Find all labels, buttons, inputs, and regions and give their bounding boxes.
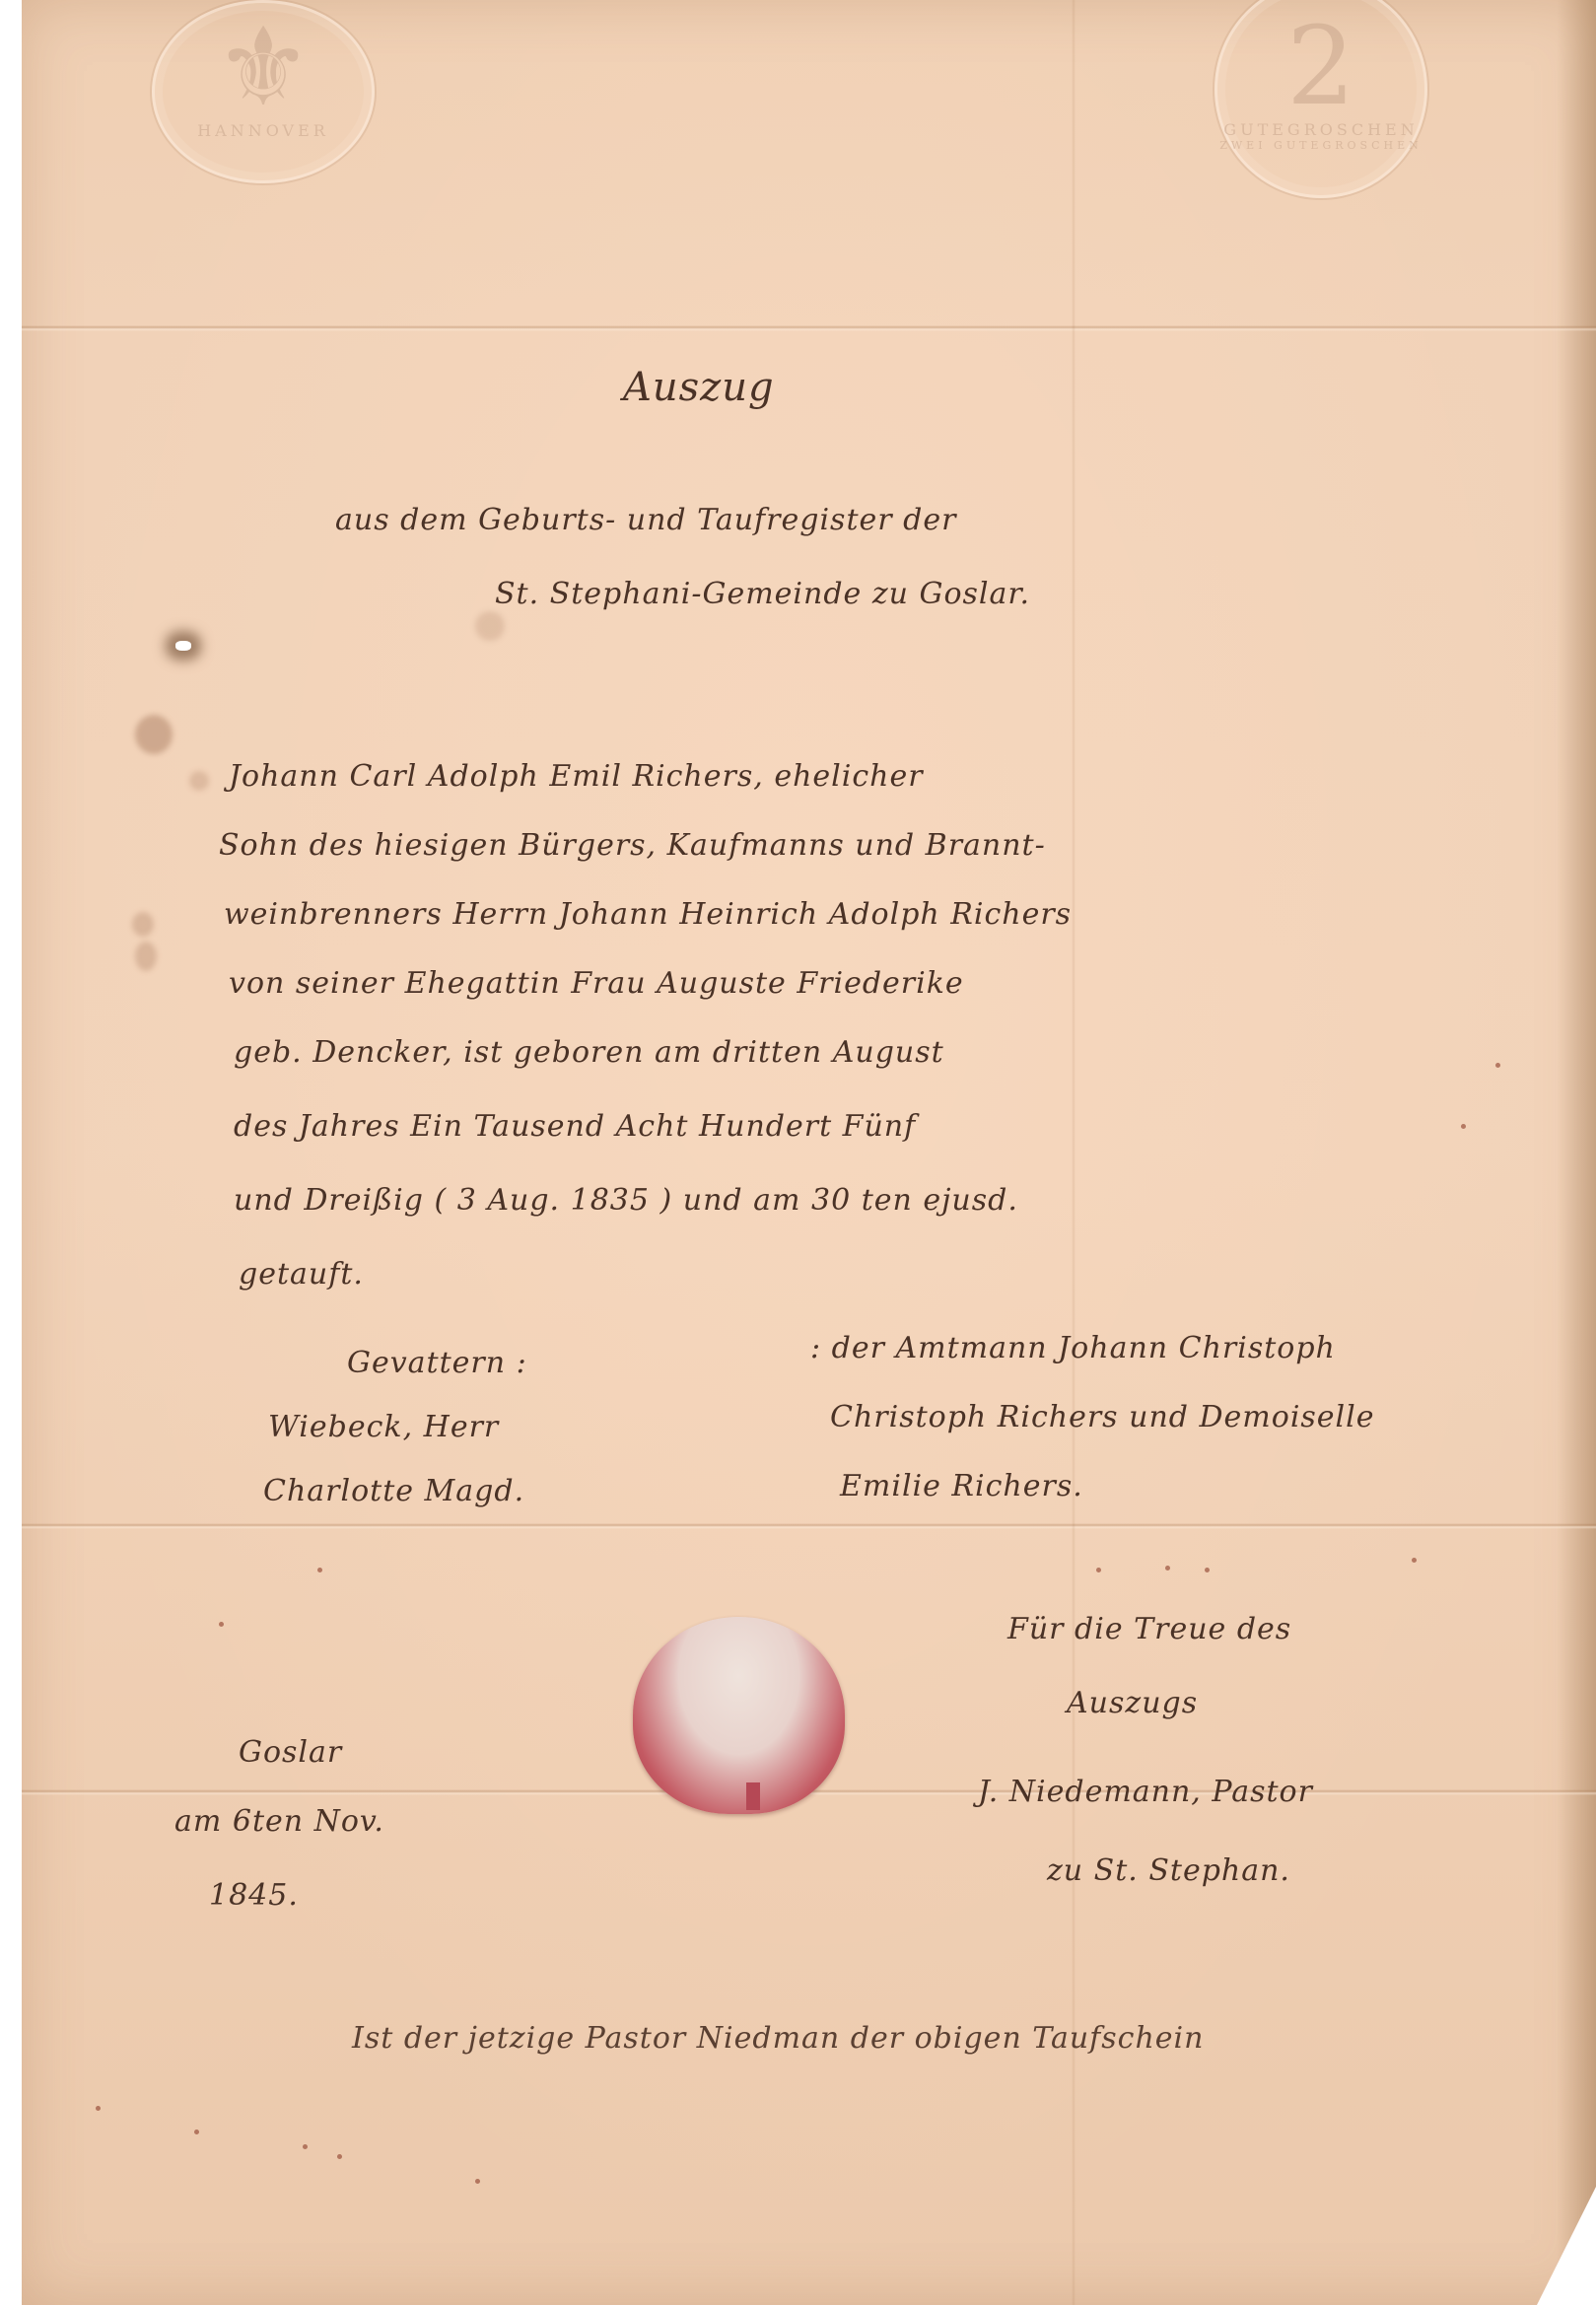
godparent-line: Wiebeck, Herr [268, 1410, 499, 1444]
stain [475, 611, 505, 641]
attestation-line: Für die Treue des [1007, 1612, 1291, 1646]
body-line: geb. Dencker, ist geboren am dritten Aug… [234, 1035, 944, 1070]
year: 1845. [209, 1878, 299, 1913]
date-line: am 6ten Nov. [174, 1804, 384, 1839]
godparent-line: Christoph Richers und Demoiselle [830, 1400, 1375, 1434]
body-line: weinbrenners Herrn Johann Heinrich Adolp… [224, 897, 1072, 932]
stain [135, 942, 157, 971]
gutegroschen-emboss-stamp: STE 2 GUTEGROSCHEN ZWEI GUTEGROSCHEN [1214, 0, 1427, 198]
signature-line-2: zu St. Stephan. [1047, 1853, 1290, 1888]
document-paper: ⚜ HANNOVER STE 2 GUTEGROSCHEN ZWEI GUTEG… [22, 0, 1596, 2305]
stain [189, 771, 209, 791]
coat-of-arms-icon: ⚜ [155, 13, 372, 121]
fold-line [22, 1523, 1596, 1529]
document-title: Auszug [623, 365, 775, 410]
wax-seal [633, 1617, 845, 1814]
fold-line-vertical [1072, 0, 1076, 2305]
document-subtitle: St. Stephani-Gemeinde zu Goslar. [495, 577, 1030, 611]
footnote-line: Ist der jetzige Pastor Niedman der obige… [352, 2021, 1204, 2056]
body-line: des Jahres Ein Tausend Acht Hundert Fünf [234, 1109, 916, 1144]
godparent-line: Emilie Richers. [840, 1469, 1083, 1503]
fold-line [22, 325, 1596, 331]
body-line: getauft. [239, 1257, 364, 1292]
body-line: Sohn des hiesigen Bürgers, Kaufmanns und… [219, 828, 1046, 863]
body-line: Johann Carl Adolph Emil Richers, ehelich… [229, 759, 924, 794]
signature: J. Niedemann, Pastor [978, 1775, 1313, 1809]
burn-hole [175, 641, 191, 651]
godparents-label: Gevattern : [347, 1346, 527, 1380]
body-line: von seiner Ehegattin Frau Auguste Friede… [229, 966, 964, 1001]
attestation-line: Auszugs [1067, 1686, 1198, 1720]
document-subtitle: aus dem Geburts- und Taufregister der [335, 503, 956, 537]
stain [135, 715, 173, 754]
stain [132, 912, 154, 937]
hannover-emboss-stamp: ⚜ HANNOVER [152, 0, 375, 183]
place: Goslar [239, 1735, 342, 1770]
godparent-line: : der Amtmann Johann Christoph [810, 1331, 1336, 1365]
body-line: und Dreißig ( 3 Aug. 1835 ) und am 30 te… [234, 1183, 1018, 1218]
wax-seal-drip [746, 1782, 760, 1810]
godparent-line: Charlotte Magd. [263, 1474, 524, 1508]
